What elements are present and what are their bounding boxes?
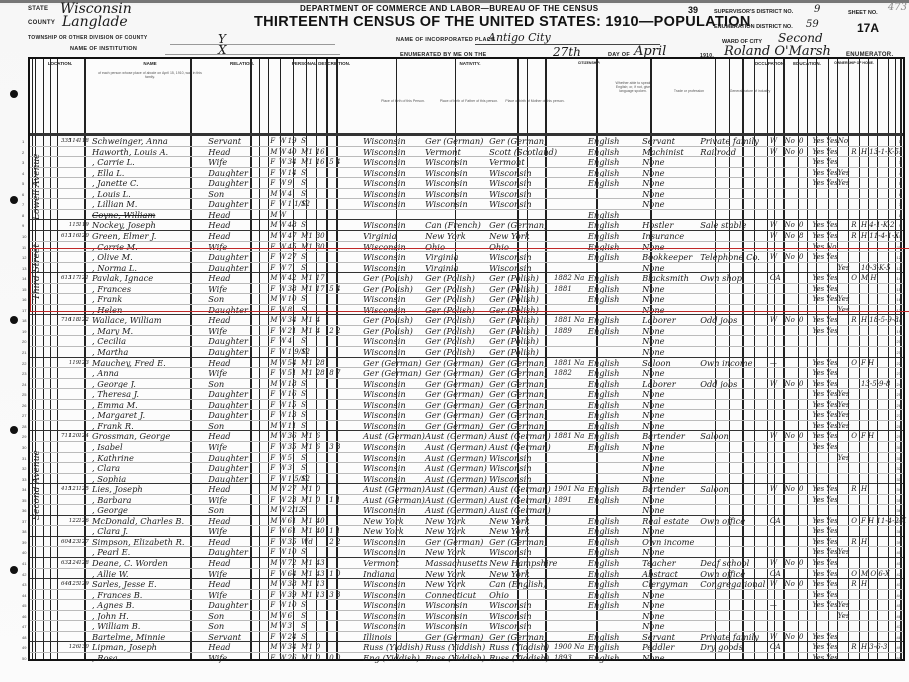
cell-bp: Wisconsin: [363, 410, 406, 420]
census-page: State Wisconsin County Langlade Township…: [0, 0, 909, 682]
column-divider: [767, 59, 768, 659]
cell-immig: 1893: [554, 653, 572, 663]
cell-trade: None: [642, 305, 665, 315]
cell-bp-mother: Wisconsin: [489, 547, 532, 557]
row-divider: [30, 156, 903, 157]
cell-bp-father: Ger (Polish): [425, 315, 475, 325]
cell-bp: Vermont: [363, 558, 399, 568]
cell-trade: Insurance: [642, 231, 684, 241]
cell-age: 9: [288, 178, 292, 188]
cell-relation: Head: [208, 484, 230, 494]
cell-read: Yes: [813, 421, 825, 431]
cell-bp: Wisconsin: [363, 263, 406, 273]
line-number: 47: [22, 624, 26, 629]
cell-name: , Sophia: [92, 474, 126, 484]
cell-name: Deane, C. Worden: [92, 558, 168, 568]
cell-read: Yes: [813, 358, 825, 368]
cell-name: , Ella L.: [92, 168, 124, 178]
cell-trade: Laborer: [642, 315, 676, 325]
cell-sex: M: [270, 189, 277, 199]
cell-bp: Ger (German): [363, 358, 421, 368]
cell-industry: Dry goods: [700, 642, 743, 652]
cell-sex: F: [270, 199, 275, 209]
cell-trade: None: [642, 495, 665, 505]
cell-lang: English: [588, 400, 620, 410]
cell-name: , Lillian M.: [92, 199, 137, 209]
cell-relation: Wife: [208, 284, 227, 294]
cell-lang: English: [588, 642, 620, 652]
col-trade: Trade or profession: [662, 89, 716, 93]
cell-age: 34: [288, 642, 297, 652]
row-divider: [30, 198, 903, 199]
cell-bp-mother: New York: [489, 231, 530, 241]
cell-trade: None: [642, 474, 665, 484]
cell-farm: H 3-6-3: [861, 642, 887, 652]
cell-children: 2 2: [329, 537, 340, 547]
cell-weeks: 0: [799, 136, 803, 146]
cell-trade: None: [642, 600, 665, 610]
col-location: Location.: [32, 61, 88, 66]
cell-relation: Wife: [208, 368, 227, 378]
row-divider: [30, 494, 903, 495]
supervisor-district-number: 9: [814, 4, 820, 15]
cell-bp-father: Virginia: [425, 252, 458, 262]
cell-bp-mother: Ger (Polish): [489, 315, 539, 325]
col-nativity: Nativity.: [370, 61, 570, 66]
cell-relation: Daughter: [208, 389, 248, 399]
cell-bp: Wisconsin: [363, 305, 406, 315]
cell-relation: Head: [208, 220, 230, 230]
cell-age: 45: [288, 242, 297, 252]
cell-name: , Frank: [92, 294, 122, 304]
line-number: 41: [22, 561, 26, 566]
col-personal: Personal Description.: [276, 61, 366, 66]
cell-bp: Indiana: [363, 569, 395, 579]
cell-bp-father: Massachusetts: [425, 558, 487, 568]
cell-sex: M: [270, 642, 277, 652]
cell-own: R: [851, 231, 856, 241]
line-number: 25: [22, 392, 26, 397]
cell-bp: Aust (German): [363, 484, 425, 494]
cell-bp: Ger (German): [363, 368, 421, 378]
col-name-desc: of each person whose place of abode on A…: [94, 71, 206, 79]
cell-trade: None: [642, 505, 665, 515]
column-divider: [306, 59, 307, 659]
cell-relation: Head: [208, 558, 230, 568]
cell-immig: 1901 Na: [554, 484, 584, 494]
corner-stamp: 473: [888, 2, 907, 13]
line-number: 7: [22, 202, 24, 207]
cell-own: R: [851, 537, 856, 547]
row-divider: [30, 462, 903, 463]
cell-bp-mother: Wisconsin: [489, 600, 532, 610]
cell-sex: F: [270, 632, 275, 642]
cell-lang: English: [588, 157, 620, 167]
cell-marital: M1: [301, 526, 313, 536]
cell-age: 4: [288, 336, 292, 346]
cell-trade: None: [642, 410, 665, 420]
cell-bp-mother: Wisconsin: [489, 189, 532, 199]
cell-bp: Virginia: [363, 231, 396, 241]
cell-immig: 1900 Na: [554, 642, 584, 652]
cell-read: Yes: [813, 590, 825, 600]
cell-age: 64: [288, 569, 297, 579]
row-divider: [30, 430, 903, 431]
township-label: Township or other division of county: [28, 35, 148, 41]
cell-lang: English: [588, 421, 620, 431]
column-divider: [57, 59, 58, 659]
cell-trade: None: [642, 400, 665, 410]
cell-age: 36: [288, 431, 297, 441]
cell-bp-father: New York: [425, 547, 466, 557]
cell-out-of-work: No: [784, 579, 794, 589]
cell-trade: None: [642, 590, 665, 600]
cell-trade: Teacher: [642, 558, 676, 568]
cell-age: 61: [288, 526, 297, 536]
cell-sex: F: [270, 453, 275, 463]
row-divider: [30, 578, 903, 579]
cell-read: Yes: [813, 136, 825, 146]
row-divider: [30, 388, 903, 389]
cell-name: , Clara: [92, 463, 120, 473]
cell-bp-father: Virginia: [425, 263, 458, 273]
cell-trade: None: [642, 621, 665, 631]
cell-emp: OA: [770, 569, 781, 579]
line-number: 29: [22, 434, 26, 439]
cell-sex: F: [270, 389, 275, 399]
cell-bp: New York: [363, 516, 404, 526]
cell-read: Yes: [813, 516, 825, 526]
cell-farm: 13-5-9-8: [861, 379, 890, 389]
cell-relation: Wife: [208, 242, 227, 252]
cell-relation: Daughter: [208, 400, 248, 410]
cell-sex: M: [270, 421, 277, 431]
cell-relation: Daughter: [208, 453, 248, 463]
cell-trade: None: [642, 336, 665, 346]
cell-age: 16: [288, 389, 297, 399]
cell-own: O: [851, 516, 857, 526]
street-label: Second Avenue: [32, 450, 42, 520]
cell-immig: 1881 Na: [554, 315, 584, 325]
line-number: 35: [22, 498, 26, 503]
cell-trade: Servant: [642, 632, 675, 642]
cell-name: , Frances B.: [92, 590, 142, 600]
cell-age: 11: [288, 421, 297, 431]
row-divider: [30, 399, 903, 400]
cell-sex: M: [270, 516, 277, 526]
cell-bp-mother: Wisconsin: [489, 611, 532, 621]
line-number: 24: [22, 382, 26, 387]
census-row: , RosaWifeFW26M100 0Eng (Yiddish)Russ (Y…: [30, 653, 903, 664]
line-number: 32: [22, 466, 26, 471]
cell-read: Yes: [813, 642, 825, 652]
cell-age: 38: [288, 579, 297, 589]
cell-read: Yes: [813, 600, 825, 610]
row-divider: [30, 188, 903, 189]
cell-bp-father: Ger (Polish): [425, 326, 475, 336]
cell-relation: Son: [208, 421, 224, 431]
cell-name: Coyne, William: [92, 210, 155, 220]
row-divider: [30, 546, 903, 547]
cell-read: Yes: [813, 315, 825, 325]
cell-name: , Norma L.: [92, 263, 137, 273]
cell-weeks: 0: [799, 484, 803, 494]
row-divider: [30, 251, 903, 252]
cell-lang: English: [588, 484, 620, 494]
cell-age: 26: [288, 653, 297, 663]
line-number: 39: [22, 540, 26, 545]
cell-trade: None: [642, 421, 665, 431]
cell-sex: F: [270, 263, 275, 273]
cell-immig: 1882 Na: [554, 273, 584, 283]
column-divider: [837, 59, 838, 659]
cell-name: Pavlak, Ignace: [92, 273, 153, 283]
cell-name: , Olive M.: [92, 252, 133, 262]
column-divider: [848, 59, 849, 659]
cell-weeks: 0: [799, 431, 803, 441]
cell-farm: H: [861, 537, 867, 547]
cell-lang: English: [588, 632, 620, 642]
cell-bp-mother: Wisconsin: [489, 252, 532, 262]
enumeration-district-number: 59: [806, 19, 819, 30]
line-number: 23: [22, 371, 26, 376]
cell-read: Yes: [813, 168, 825, 178]
cell-bp: Ger (Polish): [363, 315, 413, 325]
place-label: Name of incorporated place: [396, 37, 495, 43]
line-number: 3: [22, 160, 24, 165]
cell-marital: M1: [301, 326, 313, 336]
cell-age: 15: [288, 400, 297, 410]
cell-bp-mother: Wisconsin: [489, 199, 532, 209]
line-number: 21: [22, 350, 26, 355]
cell-read: Yes: [813, 379, 825, 389]
cell-bp-mother: Ger (Polish): [489, 336, 539, 346]
cell-age: 14: [288, 168, 297, 178]
cell-lang: English: [588, 168, 620, 178]
cell-relation: Wife: [208, 653, 227, 663]
cell-lang: English: [588, 569, 620, 579]
line-number: 36: [22, 508, 26, 513]
line-number: 28: [22, 424, 26, 429]
cell-read: Yes: [813, 273, 825, 283]
cell-industry: Sale stable: [700, 220, 746, 230]
column-divider: [895, 59, 896, 659]
row-divider: [30, 314, 903, 315]
cell-relation: Head: [208, 147, 230, 157]
cell-bp: Ger (Polish): [363, 284, 413, 294]
row-divider: [30, 272, 903, 273]
cell-name: , Janette C.: [92, 178, 139, 188]
cell-immig: 1881 Na: [554, 431, 584, 441]
cell-sex: F: [270, 157, 275, 167]
col-nat-father: Place of birth of Father of this person.: [438, 99, 500, 103]
cell-name: Grossman, George: [92, 431, 170, 441]
census-table: Location. Name of each person whose plac…: [28, 57, 905, 661]
row-divider: [30, 167, 903, 168]
cell-lang: English: [588, 431, 620, 441]
line-number: 31: [22, 456, 26, 461]
cell-marital: M1: [301, 590, 313, 600]
row-divider: [30, 357, 903, 358]
cell-age: 27: [288, 252, 297, 262]
cell-trade: None: [642, 463, 665, 473]
cell-bp-father: Wisconsin: [425, 600, 468, 610]
cell-bp: Wisconsin: [363, 389, 406, 399]
cell-relation: Wife: [208, 157, 227, 167]
cell-trade: Peddler: [642, 642, 674, 652]
cell-bp-mother: Ger (Polish): [489, 273, 539, 283]
cell-read: Yes: [813, 231, 825, 241]
cell-age: 23: [288, 495, 297, 505]
column-divider: [268, 59, 269, 659]
cell-children: 5 4: [329, 284, 340, 294]
cell-own: O: [851, 273, 857, 283]
row-divider: [30, 525, 903, 526]
cell-bp: Wisconsin: [363, 442, 406, 452]
cell-trade: None: [642, 189, 665, 199]
cell-read: Yes: [813, 431, 825, 441]
cell-relation: Daughter: [208, 305, 248, 315]
cell-relation: Son: [208, 505, 224, 515]
cell-farm: H: [861, 579, 867, 589]
cell-immig: 1882: [554, 368, 572, 378]
cell-bp: Wisconsin: [363, 590, 406, 600]
cell-lang: English: [588, 516, 620, 526]
cell-bp: Wisconsin: [363, 178, 406, 188]
row-divider: [30, 335, 903, 336]
cell-marital: M1: [301, 516, 313, 526]
cell-trade: Machinist: [642, 147, 684, 157]
cell-bp-mother: New York: [489, 516, 530, 526]
cell-read: Yes: [813, 547, 825, 557]
cell-name: , Carrie M.: [92, 242, 138, 252]
cell-relation: Daughter: [208, 463, 248, 473]
cell-bp: Russ (Yiddish): [363, 642, 423, 652]
street-label: Lowell Avenue: [32, 153, 42, 220]
cell-bp: Wisconsin: [363, 611, 406, 621]
column-divider: [868, 59, 869, 659]
county-value: Langlade: [62, 14, 128, 30]
cell-bp-mother: Wisconsin: [489, 453, 532, 463]
cell-bp: Wisconsin: [363, 189, 406, 199]
cell-bp: Wisconsin: [363, 252, 406, 262]
line-number: 37: [22, 519, 26, 524]
cell-emp: OA: [770, 273, 781, 283]
cell-sex: M: [270, 358, 277, 368]
cell-trade: None: [642, 242, 665, 252]
cell-farm: 10-3-K-5: [861, 263, 891, 273]
row-divider: [30, 230, 903, 231]
row-divider: [30, 610, 903, 611]
cell-age: 10: [288, 600, 297, 610]
line-number: 48: [22, 635, 26, 640]
column-divider: [396, 59, 397, 659]
cell-bp: Aust (German): [363, 431, 425, 441]
cell-bp: Wisconsin: [363, 199, 406, 209]
cell-bp: Aust (German): [363, 495, 425, 505]
cell-relation: Wife: [208, 495, 227, 505]
row-divider: [30, 652, 903, 653]
cell-name: , Cecilia: [92, 336, 126, 346]
cell-bp: Wisconsin: [363, 400, 406, 410]
cell-age: 35: [288, 537, 297, 547]
cell-age: 42: [288, 273, 297, 283]
line-number: 34: [22, 487, 26, 492]
cell-sex: M: [270, 294, 277, 304]
cell-name: Nockey, Joseph: [92, 220, 156, 230]
cell-children: 3 3: [329, 442, 340, 452]
cell-trade: Abstract: [642, 569, 678, 579]
cell-bp: Wisconsin: [363, 505, 406, 515]
column-divider: [455, 59, 456, 659]
cell-out-of-work: No: [784, 379, 794, 389]
cell-name: , Frank R.: [92, 421, 134, 431]
cell-name: Mauchey, Fred E.: [92, 358, 166, 368]
cell-relation: Daughter: [208, 336, 248, 346]
cell-marital: M1: [301, 231, 313, 241]
cell-lang: English: [588, 495, 620, 505]
row-divider: [30, 378, 903, 379]
cell-bp-father: Connecticut: [425, 590, 476, 600]
cell-children: 5 4: [329, 157, 340, 167]
cell-bp-father: Ohio: [425, 242, 445, 252]
cell-lang: English: [588, 379, 620, 389]
cell-relation: Daughter: [208, 263, 248, 273]
cell-children: 1 0: [329, 569, 340, 579]
cell-bp-mother: Vermont: [489, 157, 525, 167]
cell-relation: Wife: [208, 442, 227, 452]
cell-bp: Wisconsin: [363, 621, 406, 631]
cell-sex: F: [270, 653, 275, 663]
cell-lang: English: [588, 147, 620, 157]
cell-read: Yes: [813, 442, 825, 452]
row-divider: [30, 536, 903, 537]
cell-marital: M1: [301, 642, 313, 652]
line-number: 42: [22, 572, 26, 577]
cell-age: 19: [288, 136, 297, 146]
cell-weeks: 0: [799, 220, 803, 230]
cell-sex: M: [270, 579, 277, 589]
cell-own: R: [851, 642, 856, 652]
cell-name: , Anna: [92, 368, 119, 378]
cell-out-of-work: No: [784, 136, 794, 146]
cell-age: 21: [288, 326, 297, 336]
cell-sex: F: [270, 442, 275, 452]
cell-out-of-work: No: [784, 252, 794, 262]
cell-immig: 1881: [554, 284, 572, 294]
cell-lang: English: [588, 526, 620, 536]
cell-marital: M1: [301, 284, 313, 294]
line-number: 6: [22, 192, 24, 197]
line-number: 26: [22, 403, 26, 408]
cell-farm: H 18-5-9-8: [861, 315, 899, 325]
column-divider: [50, 59, 51, 659]
cell-bp: Wisconsin: [363, 347, 406, 357]
cell-sex: M: [270, 231, 277, 241]
cell-relation: Head: [208, 516, 230, 526]
cell-bp: Wisconsin: [363, 537, 406, 547]
row-divider: [30, 420, 903, 421]
cell-age: 39: [288, 590, 297, 600]
cell-sex: F: [270, 547, 275, 557]
cell-lang: English: [588, 326, 620, 336]
cell-sex: F: [270, 178, 275, 188]
cell-read: Yes: [813, 410, 825, 420]
cell-bp-father: Wisconsin: [425, 611, 468, 621]
row-divider: [30, 568, 903, 569]
cell-marital: M1: [301, 653, 313, 663]
column-divider: [754, 59, 755, 659]
